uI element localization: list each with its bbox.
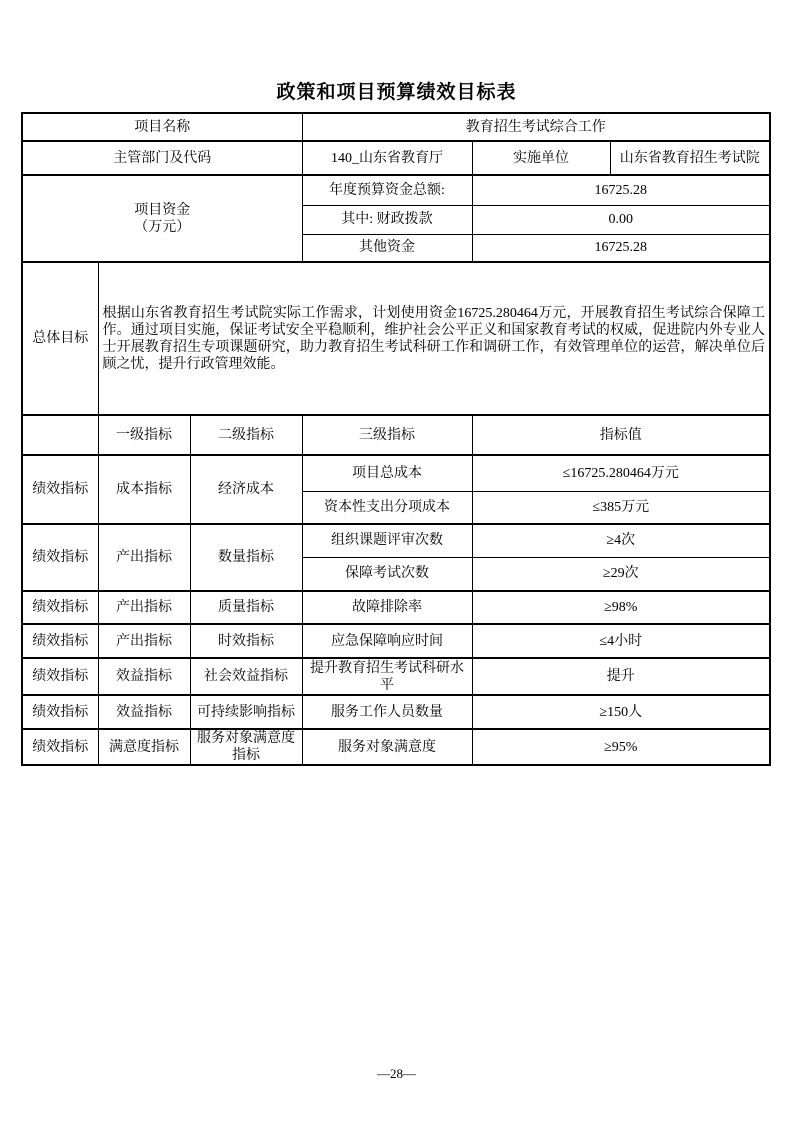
- funds-row-label: 其中: 财政拨款: [302, 205, 472, 234]
- value-cell: ≤16725.280464万元: [472, 455, 770, 491]
- level2-cell: 时效指标: [190, 624, 302, 658]
- level1-cell: 产出指标: [98, 624, 190, 658]
- value-cell: ≥98%: [472, 591, 770, 624]
- indicator-header-level1: 一级指标: [98, 415, 190, 455]
- perf-category-cell: 绩效指标: [22, 524, 98, 591]
- indicator-header-value: 指标值: [472, 415, 770, 455]
- funds-row-label: 年度预算资金总额:: [302, 175, 472, 205]
- level2-cell: 服务对象满意度指标: [190, 729, 302, 765]
- level3-cell: 服务对象满意度: [302, 729, 472, 765]
- perf-category-cell: 绩效指标: [22, 729, 98, 765]
- indicator-row: 绩效指标 产出指标 数量指标 组织课题评审次数 ≥4次: [22, 524, 770, 557]
- value-cell: ≤4小时: [472, 624, 770, 658]
- level1-cell: 满意度指标: [98, 729, 190, 765]
- perf-category-cell: 绩效指标: [22, 624, 98, 658]
- document-page: 政策和项目预算绩效目标表 项目名称 教育招生考试综合工作 主管部门及代码 140…: [0, 0, 793, 1123]
- funds-row-value: 16725.28: [472, 234, 770, 262]
- perf-category-cell: 绩效指标: [22, 658, 98, 695]
- funds-label-line1: 项目资金: [25, 202, 300, 219]
- funds-label-line2: （万元）: [25, 219, 300, 236]
- level3-cell: 服务工作人员数量: [302, 695, 472, 729]
- perf-category-cell: 绩效指标: [22, 695, 98, 729]
- project-name-label: 项目名称: [22, 113, 302, 141]
- level3-cell: 故障排除率: [302, 591, 472, 624]
- indicator-row: 绩效指标 效益指标 社会效益指标 提升教育招生考试科研水平 提升: [22, 658, 770, 695]
- level3-cell: 保障考试次数: [302, 557, 472, 591]
- value-cell: ≥95%: [472, 729, 770, 765]
- value-cell: ≥29次: [472, 557, 770, 591]
- perf-category-cell: 绩效指标: [22, 455, 98, 524]
- value-cell: ≥4次: [472, 524, 770, 557]
- overall-goal-text: 根据山东省教育招生考试院实际工作需求，计划使用资金16725.280464万元，…: [101, 305, 768, 373]
- indicator-header-level2: 二级指标: [190, 415, 302, 455]
- indicator-row: 绩效指标 成本指标 经济成本 项目总成本 ≤16725.280464万元: [22, 455, 770, 491]
- overall-goal-label: 总体目标: [22, 262, 98, 415]
- level2-cell: 质量指标: [190, 591, 302, 624]
- level3-cell: 项目总成本: [302, 455, 472, 491]
- table-row: 总体目标 根据山东省教育招生考试院实际工作需求，计划使用资金16725.2804…: [22, 262, 770, 415]
- level2-cell: 社会效益指标: [190, 658, 302, 695]
- table-row: 项目资金 （万元） 年度预算资金总额: 16725.28: [22, 175, 770, 205]
- indicator-row: 绩效指标 满意度指标 服务对象满意度指标 服务对象满意度 ≥95%: [22, 729, 770, 765]
- funds-row-value: 16725.28: [472, 175, 770, 205]
- indicator-row: 绩效指标 产出指标 时效指标 应急保障响应时间 ≤4小时: [22, 624, 770, 658]
- indicator-header-level3: 三级指标: [302, 415, 472, 455]
- perf-category-cell: 绩效指标: [22, 591, 98, 624]
- level1-cell: 成本指标: [98, 455, 190, 524]
- indicator-row: 绩效指标 效益指标 可持续影响指标 服务工作人员数量 ≥150人: [22, 695, 770, 729]
- indicator-header-row: 一级指标 二级指标 三级指标 指标值: [22, 415, 770, 455]
- indicator-row: 绩效指标 产出指标 质量指标 故障排除率 ≥98%: [22, 591, 770, 624]
- funds-row-value: 0.00: [472, 205, 770, 234]
- level3-cell: 提升教育招生考试科研水平: [302, 658, 472, 695]
- funds-row-label: 其他资金: [302, 234, 472, 262]
- level3-cell: 组织课题评审次数: [302, 524, 472, 557]
- dept-value: 140_山东省教育厅: [302, 141, 472, 175]
- level2-cell: 数量指标: [190, 524, 302, 591]
- page-title: 政策和项目预算绩效目标表: [0, 77, 793, 104]
- level1-cell: 效益指标: [98, 658, 190, 695]
- value-cell: 提升: [472, 658, 770, 695]
- table-row: 主管部门及代码 140_山东省教育厅 实施单位 山东省教育招生考试院: [22, 141, 770, 175]
- impl-unit-value: 山东省教育招生考试院: [610, 141, 770, 175]
- level2-cell: 可持续影响指标: [190, 695, 302, 729]
- level3-cell: 应急保障响应时间: [302, 624, 472, 658]
- indicator-header-empty: [22, 415, 98, 455]
- impl-unit-label: 实施单位: [472, 141, 610, 175]
- funds-label: 项目资金 （万元）: [22, 175, 302, 262]
- value-cell: ≥150人: [472, 695, 770, 729]
- page-number: —28—: [0, 1066, 793, 1082]
- level3-cell: 资本性支出分项成本: [302, 491, 472, 524]
- dept-label: 主管部门及代码: [22, 141, 302, 175]
- budget-performance-table: 项目名称 教育招生考试综合工作 主管部门及代码 140_山东省教育厅 实施单位 …: [21, 112, 771, 766]
- level1-cell: 产出指标: [98, 524, 190, 591]
- level2-cell: 经济成本: [190, 455, 302, 524]
- table-row: 项目名称 教育招生考试综合工作: [22, 113, 770, 141]
- overall-goal-cell: 根据山东省教育招生考试院实际工作需求，计划使用资金16725.280464万元，…: [98, 262, 770, 415]
- level1-cell: 产出指标: [98, 591, 190, 624]
- project-name-value: 教育招生考试综合工作: [302, 113, 770, 141]
- level1-cell: 效益指标: [98, 695, 190, 729]
- value-cell: ≤385万元: [472, 491, 770, 524]
